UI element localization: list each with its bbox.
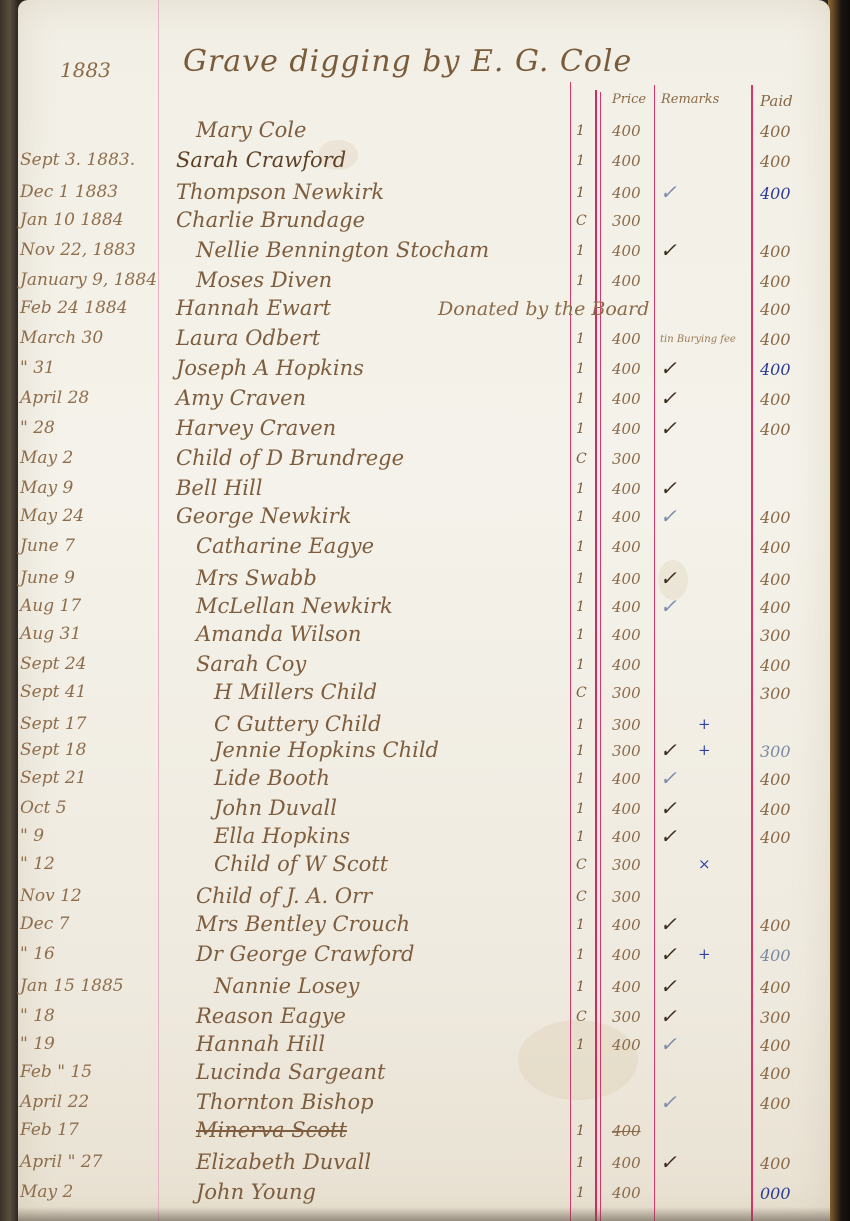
entry-name: Nellie Bennington Stocham — [196, 238, 489, 262]
entry-name: Thompson Newkirk — [176, 180, 384, 204]
entry-name: Lucinda Sargeant — [196, 1060, 385, 1084]
entry-quantity: 1 — [576, 743, 585, 759]
entry-paid: 400 — [760, 656, 791, 675]
entry-paid: 400 — [760, 122, 791, 141]
entry-quantity: C — [576, 889, 587, 905]
entry-paid: 400 — [760, 272, 791, 291]
entry-quantity: C — [576, 1009, 587, 1025]
entry-remark-check-icon: ✓ — [660, 1032, 677, 1056]
column-header-paid: Paid — [760, 92, 793, 110]
entry-date: Feb " 15 — [20, 1062, 92, 1082]
entry-name: Child of D Brundrege — [176, 446, 404, 470]
entry-paid: 400 — [760, 242, 791, 261]
ledger-row: Aug 31Amanda Wilson1400300 — [18, 622, 830, 650]
entry-price: 400 — [612, 242, 641, 260]
ledger-row: Nov 22, 1883Nellie Bennington Stocham140… — [18, 238, 830, 266]
entry-price: 300 — [612, 450, 641, 468]
entry-price: 300 — [612, 716, 641, 734]
entry-name: Nannie Losey — [214, 974, 359, 998]
entry-date: Sept 17 — [20, 714, 86, 734]
entry-quantity: 1 — [576, 771, 585, 787]
entry-paid: 400 — [760, 152, 791, 171]
entry-remark-check-icon: ✓ — [660, 238, 677, 262]
entry-quantity: 1 — [576, 421, 585, 437]
column-header-price: Price — [612, 92, 646, 107]
entry-name: Mrs Swabb — [196, 566, 317, 590]
entry-name: Mary Cole — [196, 118, 306, 142]
entry-quantity: 1 — [576, 153, 585, 169]
entry-quantity: 1 — [576, 243, 585, 259]
entry-price: 400 — [612, 1122, 641, 1140]
entry-price: 400 — [612, 122, 641, 140]
entry-remark-check-icon: ✓ — [660, 566, 677, 590]
entry-quantity: 1 — [576, 361, 585, 377]
entry-date: April 28 — [20, 388, 89, 408]
entry-remark-check-icon: ✓ — [660, 824, 677, 848]
entry-remark-check-icon: ✓ — [660, 1090, 677, 1114]
entry-date: May 2 — [20, 448, 73, 468]
ledger-row: June 7Catharine Eagye1400400 — [18, 534, 830, 562]
entry-quantity: 1 — [576, 391, 585, 407]
entry-name: Laura Odbert — [176, 326, 320, 350]
entry-price: 400 — [612, 978, 641, 996]
ledger-year: 1883 — [60, 58, 111, 82]
entry-price: 400 — [612, 916, 641, 934]
entry-paid: 400 — [760, 828, 791, 847]
entry-remark-check-icon: ✓ — [660, 416, 677, 440]
entry-cross-mark-icon: + — [698, 945, 711, 963]
entry-quantity: 1 — [576, 717, 585, 733]
ledger-row: Dec 7Mrs Bentley Crouch1400✓400 — [18, 912, 830, 940]
ledger-row: " 18Reason EagyeC300✓300 — [18, 1004, 830, 1032]
entry-name: John Young — [196, 1180, 316, 1204]
book-binding-left — [0, 0, 18, 1221]
entry-price: 400 — [612, 184, 641, 202]
entry-date: June 9 — [20, 568, 75, 588]
entry-date: " 9 — [20, 826, 44, 846]
entry-price: 400 — [612, 1154, 641, 1172]
entry-name: Catharine Eagye — [196, 534, 374, 558]
entry-name: Lide Booth — [214, 766, 330, 790]
entry-date: April " 27 — [20, 1152, 102, 1172]
entry-date: May 24 — [20, 506, 84, 526]
ledger-row: June 9Mrs Swabb1400✓400 — [18, 566, 830, 594]
entry-name: Harvey Craven — [176, 416, 336, 440]
entry-date: " 12 — [20, 854, 55, 874]
entry-remark-check-icon: ✓ — [660, 912, 677, 936]
entry-remark-check-icon: ✓ — [660, 796, 677, 820]
entry-price: 300 — [612, 1008, 641, 1026]
entry-date: May 9 — [20, 478, 73, 498]
entry-date: Feb 24 1884 — [20, 298, 128, 318]
entry-date: " 18 — [20, 1006, 55, 1026]
entry-price: 400 — [612, 420, 641, 438]
entry-price: 400 — [612, 1036, 641, 1054]
ledger-row: " 28Harvey Craven1400✓400 — [18, 416, 830, 444]
entry-price: 400 — [612, 1184, 641, 1202]
ledger-row: Feb " 15Lucinda Sargeant400 — [18, 1060, 830, 1088]
entry-name: Hannah Ewart — [176, 296, 331, 320]
entry-quantity: 1 — [576, 947, 585, 963]
entry-price: 400 — [612, 508, 641, 526]
entry-date: Sept 24 — [20, 654, 86, 674]
ledger-row: Oct 5John Duvall1400✓400 — [18, 796, 830, 824]
ledger-row: March 30Laura Odbert1400tin Burying fee4… — [18, 326, 830, 354]
entry-date: Sept 3. 1883. — [20, 150, 135, 170]
ledger-row: Jan 10 1884Charlie BrundageC300 — [18, 208, 830, 236]
entry-price: 300 — [612, 888, 641, 906]
entry-cross-mark-icon: + — [698, 715, 711, 733]
entry-remark-check-icon: ✓ — [660, 594, 677, 618]
entry-quantity: C — [576, 213, 587, 229]
ledger-title: Grave digging by E. G. Cole — [183, 44, 632, 79]
entry-price: 400 — [612, 360, 641, 378]
entry-date: " 28 — [20, 418, 55, 438]
entry-name: Sarah Coy — [196, 652, 306, 676]
entry-name: Hannah Hill — [196, 1032, 325, 1056]
entry-price: 400 — [612, 626, 641, 644]
entry-name: Bell Hill — [176, 476, 262, 500]
entry-remark-check-icon: ✓ — [660, 974, 677, 998]
entry-price: 400 — [612, 598, 641, 616]
entry-quantity: 1 — [576, 331, 585, 347]
entry-quantity: 1 — [576, 481, 585, 497]
entry-name: Amanda Wilson — [196, 622, 361, 646]
entry-name: Mrs Bentley Crouch — [196, 912, 410, 936]
ledger-row: Dec 1 1883Thompson Newkirk1400✓400 — [18, 180, 830, 208]
entry-date: March 30 — [20, 328, 103, 348]
entry-quantity: 1 — [576, 1185, 585, 1201]
entry-price: 400 — [612, 390, 641, 408]
ledger-row: Sept 41H Millers ChildC300300 — [18, 680, 830, 708]
entry-quantity: 1 — [576, 509, 585, 525]
entry-paid: 400 — [760, 916, 791, 935]
entry-name: Minerva Scott — [196, 1118, 347, 1142]
entry-price: 400 — [612, 656, 641, 674]
entry-date: Feb 17 — [20, 1120, 79, 1140]
entry-price: 300 — [612, 742, 641, 760]
ledger-row: Sept 21Lide Booth1400✓400 — [18, 766, 830, 794]
ledger-row: May 2Child of D BrundregeC300 — [18, 446, 830, 474]
entry-date: April 22 — [20, 1092, 89, 1112]
entry-remark-check-icon: ✓ — [660, 356, 677, 380]
entry-quantity: C — [576, 451, 587, 467]
entry-quantity: 1 — [576, 273, 585, 289]
entry-name: Elizabeth Duvall — [196, 1150, 371, 1174]
entry-remark-check-icon: ✓ — [660, 738, 677, 762]
entry-date: May 2 — [20, 1182, 73, 1202]
entry-name: Charlie Brundage — [176, 208, 365, 232]
entry-paid: 000 — [760, 1184, 791, 1203]
entry-remark-check-icon: ✓ — [660, 504, 677, 528]
entry-paid: 400 — [760, 978, 791, 997]
entry-name: McLellan Newkirk — [196, 594, 393, 618]
entry-quantity: 1 — [576, 627, 585, 643]
entry-price: 400 — [612, 538, 641, 556]
entry-date: June 7 — [20, 536, 75, 556]
entry-remark-check-icon: ✓ — [660, 1150, 677, 1174]
entry-paid: 400 — [760, 300, 791, 319]
entry-remark-check-icon: ✓ — [660, 180, 677, 204]
ledger-row: Feb 17Minerva Scott1400 — [18, 1118, 830, 1146]
entry-name: George Newkirk — [176, 504, 351, 528]
ledger-row: May 9Bell Hill1400✓ — [18, 476, 830, 504]
ledger-row: May 24George Newkirk1400✓400 — [18, 504, 830, 532]
ledger-row: Mary Cole1400400 — [18, 118, 830, 146]
entry-name: Amy Craven — [176, 386, 306, 410]
entry-date: Aug 31 — [20, 624, 81, 644]
ledger-row: " 31Joseph A Hopkins1400✓400 — [18, 356, 830, 384]
entry-quantity: 1 — [576, 979, 585, 995]
entry-date: Dec 1 1883 — [20, 182, 118, 202]
entry-paid: 300 — [760, 684, 791, 703]
entry-date: Nov 22, 1883 — [20, 240, 136, 260]
ledger-row: Feb 24 1884Hannah Ewart400Donated by the… — [18, 296, 830, 324]
entry-date: Jan 15 1885 — [20, 976, 124, 996]
entry-paid: 300 — [760, 742, 791, 761]
entry-name: John Duvall — [214, 796, 337, 820]
entry-price: 300 — [612, 856, 641, 874]
entry-paid: 400 — [760, 1154, 791, 1173]
entry-date: Aug 17 — [20, 596, 81, 616]
entry-date: Sept 21 — [20, 768, 86, 788]
ledger-row: April 28Amy Craven1400✓400 — [18, 386, 830, 414]
entry-price: 400 — [612, 828, 641, 846]
entry-name: Joseph A Hopkins — [176, 356, 364, 380]
entry-price: 400 — [612, 946, 641, 964]
entry-name: Dr George Crawford — [196, 942, 414, 966]
entry-date: " 16 — [20, 944, 55, 964]
ledger-row: May 2John Young1400000 — [18, 1180, 830, 1208]
entry-price: 300 — [612, 684, 641, 702]
entry-quantity: C — [576, 685, 587, 701]
entry-name: Jennie Hopkins Child — [214, 738, 439, 762]
entry-remark-check-icon: tin Burying fee — [660, 334, 736, 345]
entry-paid: 400 — [760, 420, 791, 439]
entry-remark-check-icon: ✓ — [660, 386, 677, 410]
entry-paid: 400 — [760, 946, 791, 965]
entry-date: Oct 5 — [20, 798, 67, 818]
entry-paid: 400 — [760, 570, 791, 589]
entry-paid: 400 — [760, 508, 791, 527]
entry-quantity: 1 — [576, 1037, 585, 1053]
entry-quantity: 1 — [576, 1123, 585, 1139]
entry-paid: 400 — [760, 598, 791, 617]
entry-note: Donated by the Board — [438, 298, 649, 320]
book-binding-right — [828, 0, 850, 1221]
entry-quantity: 1 — [576, 657, 585, 673]
entry-price: 400 — [612, 770, 641, 788]
entry-quantity: C — [576, 857, 587, 873]
ledger-row: Sept 17C Guttery Child1300+ — [18, 712, 830, 740]
entry-paid: 400 — [760, 1064, 791, 1083]
entry-paid: 400 — [760, 800, 791, 819]
entry-quantity: 1 — [576, 599, 585, 615]
entry-remark-check-icon: ✓ — [660, 942, 677, 966]
entry-name: Sarah Crawford — [176, 148, 346, 172]
entry-price: 400 — [612, 152, 641, 170]
entry-remark-check-icon: ✓ — [660, 476, 677, 500]
ledger-row: " 9Ella Hopkins1400✓400 — [18, 824, 830, 852]
entry-quantity: 1 — [576, 539, 585, 555]
ledger-row: Sept 3. 1883.Sarah Crawford1400400 — [18, 148, 830, 176]
ledger-row: Aug 17McLellan Newkirk1400✓400 — [18, 594, 830, 622]
entry-price: 300 — [612, 212, 641, 230]
entry-name: Child of W Scott — [214, 852, 388, 876]
ledger-row: January 9, 1884Moses Diven1400400 — [18, 268, 830, 296]
entry-remark-check-icon: ✓ — [660, 1004, 677, 1028]
ledger-row: " 19Hannah Hill1400✓400 — [18, 1032, 830, 1060]
entry-name: C Guttery Child — [214, 712, 381, 736]
entry-date: Sept 18 — [20, 740, 86, 760]
entry-paid: 400 — [760, 538, 791, 557]
entry-remark-check-icon: ✓ — [660, 766, 677, 790]
entry-date: January 9, 1884 — [20, 270, 157, 290]
entry-price: 400 — [612, 330, 641, 348]
entry-paid: 400 — [760, 390, 791, 409]
entry-cross-mark-icon: × — [698, 855, 711, 873]
entry-date: Dec 7 — [20, 914, 69, 934]
entry-paid: 400 — [760, 770, 791, 789]
entry-name: Moses Diven — [196, 268, 332, 292]
entry-date: Jan 10 1884 — [20, 210, 124, 230]
entry-quantity: 1 — [576, 1155, 585, 1171]
entry-date: " 19 — [20, 1034, 55, 1054]
entry-price: 400 — [612, 800, 641, 818]
entry-date: Sept 41 — [20, 682, 86, 702]
ledger-row: " 12Child of W ScottC300× — [18, 852, 830, 880]
entry-name: Child of J. A. Orr — [196, 884, 372, 908]
entry-paid: 400 — [760, 330, 791, 349]
entry-quantity: 1 — [576, 571, 585, 587]
ledger-row: April 22Thornton Bishop✓400 — [18, 1090, 830, 1118]
entry-date: " 31 — [20, 358, 55, 378]
entry-name: H Millers Child — [214, 680, 377, 704]
ledger-row: Sept 18Jennie Hopkins Child1300✓300+ — [18, 738, 830, 766]
entry-quantity: 1 — [576, 829, 585, 845]
entry-paid: 400 — [760, 184, 791, 203]
entry-name: Reason Eagye — [196, 1004, 346, 1028]
entry-date: Nov 12 — [20, 886, 82, 906]
entry-quantity: 1 — [576, 917, 585, 933]
ledger-row: Nov 12Child of J. A. OrrC300 — [18, 884, 830, 912]
entry-price: 400 — [612, 272, 641, 290]
ledger-row: Sept 24Sarah Coy1400400 — [18, 652, 830, 680]
column-header-remarks: Remarks — [661, 92, 719, 107]
ledger-row: Jan 15 1885Nannie Losey1400✓400 — [18, 974, 830, 1002]
entry-quantity: 1 — [576, 123, 585, 139]
entry-price: 400 — [612, 570, 641, 588]
entry-paid: 300 — [760, 626, 791, 645]
ledger-row: " 16Dr George Crawford1400✓400+ — [18, 942, 830, 970]
ledger-row: April " 27Elizabeth Duvall1400✓400 — [18, 1150, 830, 1178]
entry-paid: 400 — [760, 360, 791, 379]
entry-quantity: 1 — [576, 801, 585, 817]
entry-name: Thornton Bishop — [196, 1090, 374, 1114]
entry-paid: 400 — [760, 1036, 791, 1055]
entry-price: 400 — [612, 480, 641, 498]
entry-quantity: 1 — [576, 185, 585, 201]
entry-paid: 400 — [760, 1094, 791, 1113]
ledger-page: 1883 Grave digging by E. G. Cole Price R… — [18, 0, 830, 1221]
entry-name: Ella Hopkins — [214, 824, 350, 848]
entry-paid: 300 — [760, 1008, 791, 1027]
entry-cross-mark-icon: + — [698, 741, 711, 759]
